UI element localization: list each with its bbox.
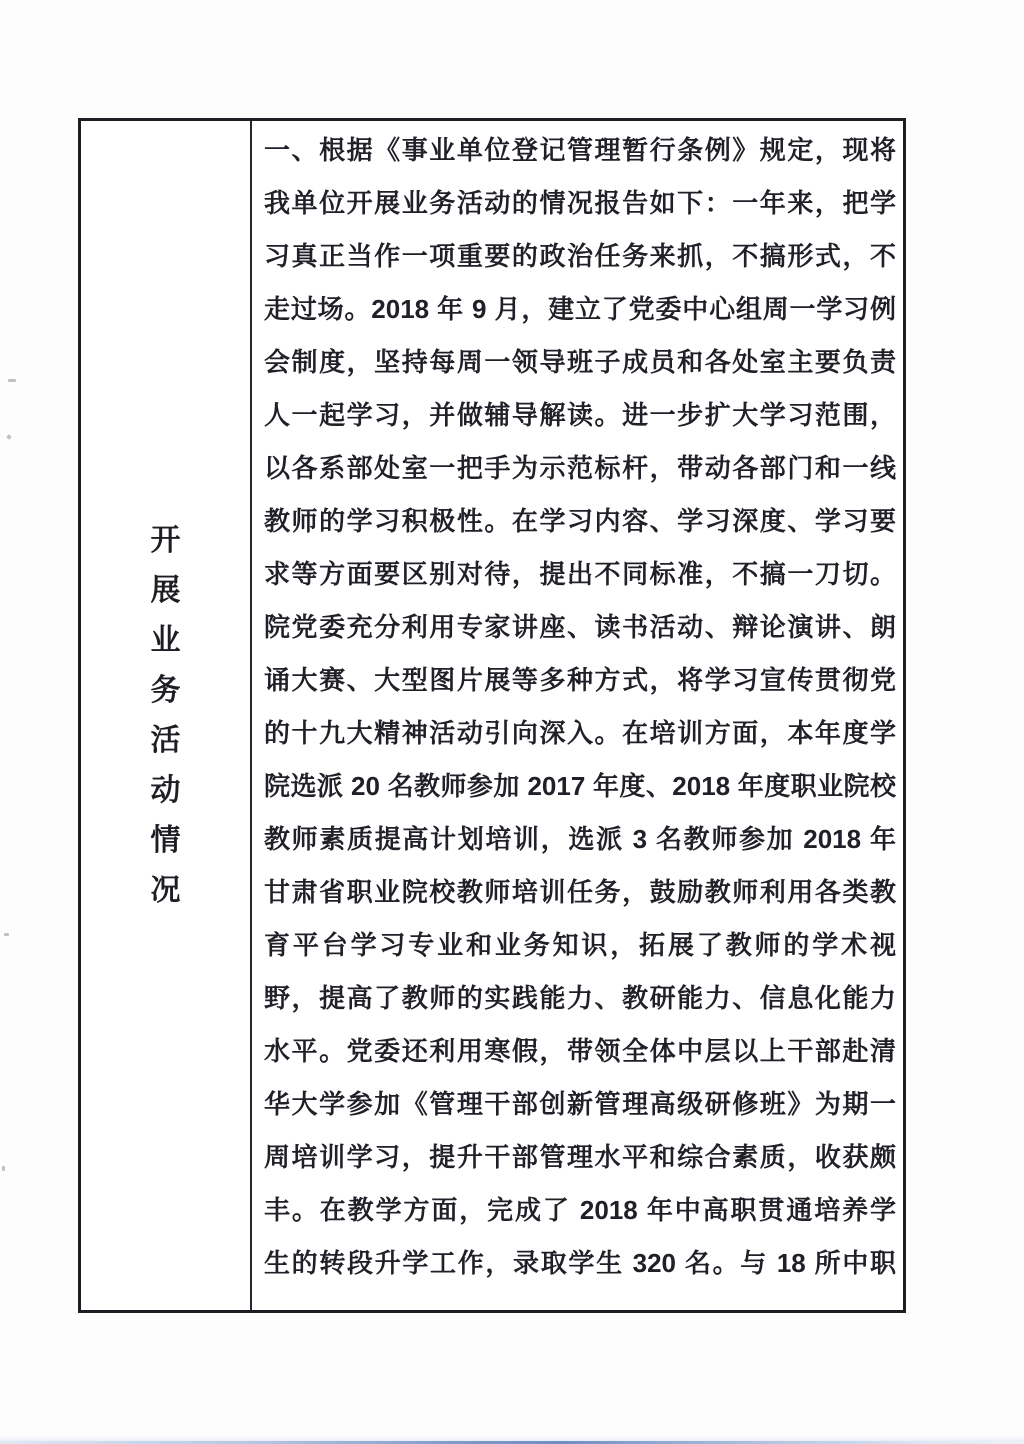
body-text-cell: 一、根据《事业单位登记管理暂行条例》规定，现将 我单位开展业务活动的情况报告如下…: [252, 121, 903, 1310]
scan-speck: [8, 379, 16, 382]
body-line: 丰。在教学方面，完成了 2018 年中高职贯通培养学: [264, 1184, 896, 1237]
body-line: 人一起学习，并做辅导解读。进一步扩大学习范围，: [264, 389, 896, 442]
body-line: 会制度，坚持每周一领导班子成员和各处室主要负责: [264, 336, 896, 389]
section-label-char: 业: [151, 616, 181, 666]
business-activity-table: 开 展 业 务 活 动 情 况 一、根据《事业单位登记管理暂行条例》规定，现将 …: [78, 118, 906, 1313]
body-line: 教师素质提高计划培训，选派 3 名教师参加 2018 年: [264, 813, 896, 866]
section-label-cell: 开 展 业 务 活 动 情 况: [81, 121, 252, 1310]
body-line: 华大学参加《管理干部创新管理高级研修班》为期一: [264, 1078, 896, 1131]
body-line: 一、根据《事业单位登记管理暂行条例》规定，现将: [264, 124, 896, 177]
section-label-char: 情: [151, 816, 181, 866]
body-line: 院党委充分利用专家讲座、读书活动、辩论演讲、朗: [264, 601, 896, 654]
body-line: 我单位开展业务活动的情况报告如下：一年来，把学: [264, 177, 896, 230]
scanned-document-page: { "document": { "section_label": "开展业务活动…: [0, 0, 1024, 1444]
section-label-char: 活: [151, 716, 181, 766]
body-line: 求等方面要区别对待，提出不同标准，不搞一刀切。: [264, 548, 896, 601]
body-line: 的十九大精神活动引向深入。在培训方面，本年度学: [264, 707, 896, 760]
section-label-char: 展: [151, 566, 181, 616]
body-line: 诵大赛、大型图片展等多种方式，将学习宣传贯彻党: [264, 654, 896, 707]
body-line: 周培训学习，提升干部管理水平和综合素质，收获颇: [264, 1131, 896, 1184]
body-line: 院选派 20 名教师参加 2017 年度、2018 年度职业院校: [264, 760, 896, 813]
body-line: 野，提高了教师的实践能力、教研能力、信息化能力: [264, 972, 896, 1025]
scan-speck: [6, 434, 12, 440]
body-line: 育平台学习专业和业务知识，拓展了教师的学术视: [264, 919, 896, 972]
scan-speck: [4, 933, 9, 936]
body-line: 以各系部处室一把手为示范标杆，带动各部门和一线: [264, 442, 896, 495]
section-label-vertical: 开 展 业 务 活 动 情 况: [151, 516, 181, 916]
scan-speck: [2, 1166, 5, 1171]
section-label-char: 开: [151, 516, 181, 566]
section-label-char: 务: [151, 666, 181, 716]
section-label-char: 动: [151, 766, 181, 816]
body-line: 生的转段升学工作，录取学生 320 名。与 18 所中职: [264, 1237, 896, 1290]
section-label-char: 况: [151, 866, 181, 916]
body-line: 水平。党委还利用寒假，带领全体中层以上干部赴清: [264, 1025, 896, 1078]
body-line: 教师的学习积极性。在学习内容、学习深度、学习要: [264, 495, 896, 548]
body-line: 走过场。2018 年 9 月，建立了党委中心组周一学习例: [264, 283, 896, 336]
body-line: 习真正当作一项重要的政治任务来抓，不搞形式，不: [264, 230, 896, 283]
body-line: 甘肃省职业院校教师培训任务，鼓励教师利用各类教: [264, 866, 896, 919]
